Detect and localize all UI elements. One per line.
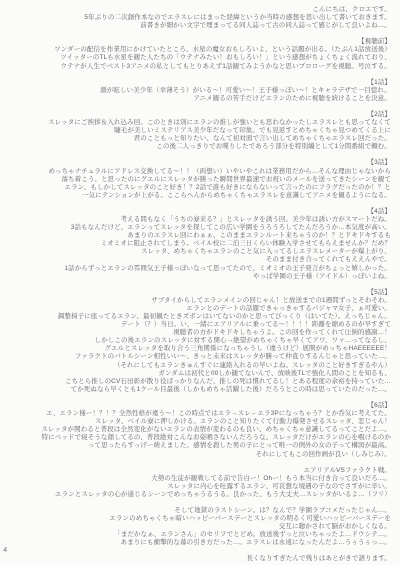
section-header: 【5話】 [12,289,391,297]
text-line: エラン、もしかしてスレッタのこと好き！？2話で誰も好きにならないって言ったのにフ… [12,184,391,192]
section-pre-watch: 【視聴前】 ワンダーの配信を作業用にかけていたところ、水星の魔女おもしろいよ、と… [12,38,391,70]
text-line: 1話からずっとエランの雰囲気王子様っぽいなって思ってたので、ミオミオの王子発言が… [12,265,391,273]
text-line: エランとスレッタの心が通じるシーンでめっちゃうるうる。良かった、もう大丈夫…スレ… [12,491,391,499]
text-line: 大勢の生徒が観戦してる前で告白ー！Ohー！もう本当に付き合って良いだろ…。 [12,475,391,483]
section-episode-3: 【3話】 めっちゃナチュラルにアドレス交換してる〜！！（両想い）いやいやこれは業… [12,159,391,199]
text-line: 前書きが細かい文字で埋まってる同人誌って古の同人誌って感じがして良いよね…。 [12,22,391,30]
text-line: エランとのデートの話題できゃっきゃするパジャマ女子、ぁ可愛い。 [12,305,391,313]
text-line: エランのめちゃくちゃ暗いハッピーバースデーとスレッタの明るく可愛いハッピーバース… [12,515,391,523]
page-content: こんにちは、クロエです。 5年ぶりの二次創作本なのでエラスレにはまった経緯という… [12,6,391,564]
section-episode-5: 【5話】 サブタイからしてエランメインの回じゃん！と放送までの1週間ずっとそわそ… [12,289,391,394]
text-line: 睫毛が美しいミステリアス美少年だなって印象。でも見返すとめちゃくちゃ見つめてくる… [12,127,391,135]
text-line: ウテナが人生でベスト3アニメの私としてもとりあえず1話観てみようかなと思いプロロ… [12,63,391,71]
text-line: 5年ぶりの二次創作本なのでエラスレにはまった経緯というか当時の感想を思い出して書… [12,14,391,22]
text-line: こちとら推しのCV石田彰が散り役ばっかりなんだ、推しの死は慣れてるし！とある程度… [12,378,391,386]
document-page: こんにちは、クロエです。 5年ぶりの二次創作本なのでエラスレにはまった経緯という… [0,0,400,565]
text-line: （それにしてもエランきゅんすぐに連絡入れるの早いよね。スレッタのこと好きすぎるや… [12,362,391,370]
text-line: 落ち着こう、と思ったのにグエルにスレッタが勝った瞬間世界最速でお祝いのメールを送… [12,176,391,184]
text-line: ファラクトのバトルシーン相性いい〜、きっと未来はスレッタが勝って仲直りするんじゃ… [12,353,391,361]
section-header: 【1話】 [12,79,391,87]
text-line: こんにちは、クロエです。 [12,6,391,14]
closing-paragraph: 長くなりすぎたんで残りはあとがきで語ります。 [12,555,391,563]
text-line: 考える間もなく「うちの寮来る？」とスレッタを誘う回。美少年は誘い方がスマートだね… [12,216,391,224]
text-line: やっぱ学園の王子様（アイドル）っぽいよね。 [12,273,391,281]
text-line: サブタイからしてエランメインの回じゃん！と放送までの1週間ずっとそわそわ。 [12,297,391,305]
text-line: アニメ観るの苦手だけどエランのために視聴を続けることを決意。 [12,95,391,103]
text-line: この後二人っきりでお喋りしたであろう部分を特別編として1分間番組で頼む。 [12,143,391,151]
text-line: そのまま付き合ってくれてもええんやで。 [12,256,391,264]
section-header: 【4話】 [12,208,391,216]
section-episode-4: 【4話】 考える間もなく「うちの寮来る？」とスレッタを誘う回。美少年は誘い方がス… [12,208,391,281]
closing-line: 長くなりすぎたんで残りはあとがきで語ります。 [12,555,391,563]
text-line: 3話もなんだけど、エランってスレッタを探してこの広い学園をうろうろしてたんだろう… [12,224,391,232]
section-battle: エアリアルVSファラクト戦。 大勢の生徒が観戦してる前で告白ー！Ohー！もう本当… [12,467,391,499]
text-line: スレッタにご挨拶＆入れ込み回。このときは別にエランの推しが強いとも思わなかったし… [12,119,391,127]
text-line: スレッタ、ベイル寮に押しかける。エランのこと知りたくて行動力爆発させるスレッタ、… [12,418,391,426]
section-episode-2: 【2話】 スレッタにご挨拶＆入れ込み回。このときは別にエランの推しが強いとも思わ… [12,111,391,151]
text-line: 顔が眩しい美少年（幸薄そう）がいる〜！可愛い〜！王子様っぽい〜！とキャラデザで一… [12,87,391,95]
text-line: 一気にテンションが上がる。ここらへんからめちゃくちゃエラスレを意識してアニメを観… [12,192,391,200]
text-line: って思ったらすっげー萌えました。感情を殺した男の子にとって唯一の例外の女の子って… [12,442,391,450]
text-line: ツイッターのTLも水星を観た人たちの「ウテナみたい！おもしろい！」という感想がち… [12,54,391,62]
section-episode-1: 【1話】 顔が眩しい美少年（幸薄そう）がいる〜！可愛い〜！王子様っぽい〜！とキャ… [12,79,391,103]
page-number: 4 [3,545,7,554]
text-line: スレッタに内心を吐露するエラン、可哀想な境遇の子なのでさすがに辛い。 [12,483,391,491]
text-line: ガンダムは初代と00しか観てないんで、放映後TLで強化人間のことを知るも、 [12,370,391,378]
text-line: 調整椅子に座ってるエラン、最初観たときズボンはいてないのかと思ってびっくり（はい… [12,313,391,321]
text-line: めっちゃナチュラルにアドレス交換してる〜！！（両想い）いやいやこれは業務用だから… [12,168,391,176]
section-header: 【6話】 [12,402,391,410]
text-line: それにしてもこの回作画が良い（しみじみ）。 [12,451,391,459]
section-last-scene: そして地獄のラストシーン。は？なんで？学園ラブコメだったじゃん…。 エランのめち… [12,507,391,547]
section-header: 【2話】 [12,111,391,119]
section-episode-6: 【6話】 エ、エラン様ー！？！？全然性格が違う〜！この時点ではエラ→スレ←エラ3… [12,402,391,459]
text-line: そして地獄のラストシーン。は？なんで？学園ラブコメだったじゃん…。 [12,507,391,515]
text-line: あまりにも衝撃的な幕の引き方だった…。エラスレは永遠になったんだよ…うぅうぅっ…… [12,539,391,547]
text-line: てか死ぬなら早くとも1クール目最後（しかもめちゃ活躍した後）だろうとこの時は思っ… [12,386,391,394]
intro-paragraph: こんにちは、クロエです。 5年ぶりの二次創作本なのでエラスレにはまった経緯という… [12,6,391,30]
section-header: 【3話】 [12,159,391,167]
text-line: エ、エラン様ー！？！？全然性格が違う〜！この時点ではエラ→スレ←エラ3Pになっち… [12,410,391,418]
text-line: デート（？）当日。い、一緒にエアリアルに乗ってる〜！！！！距離を縮めるのが早すぎ… [12,321,391,329]
section-header: エアリアルVSファラクト戦。 [12,467,391,475]
